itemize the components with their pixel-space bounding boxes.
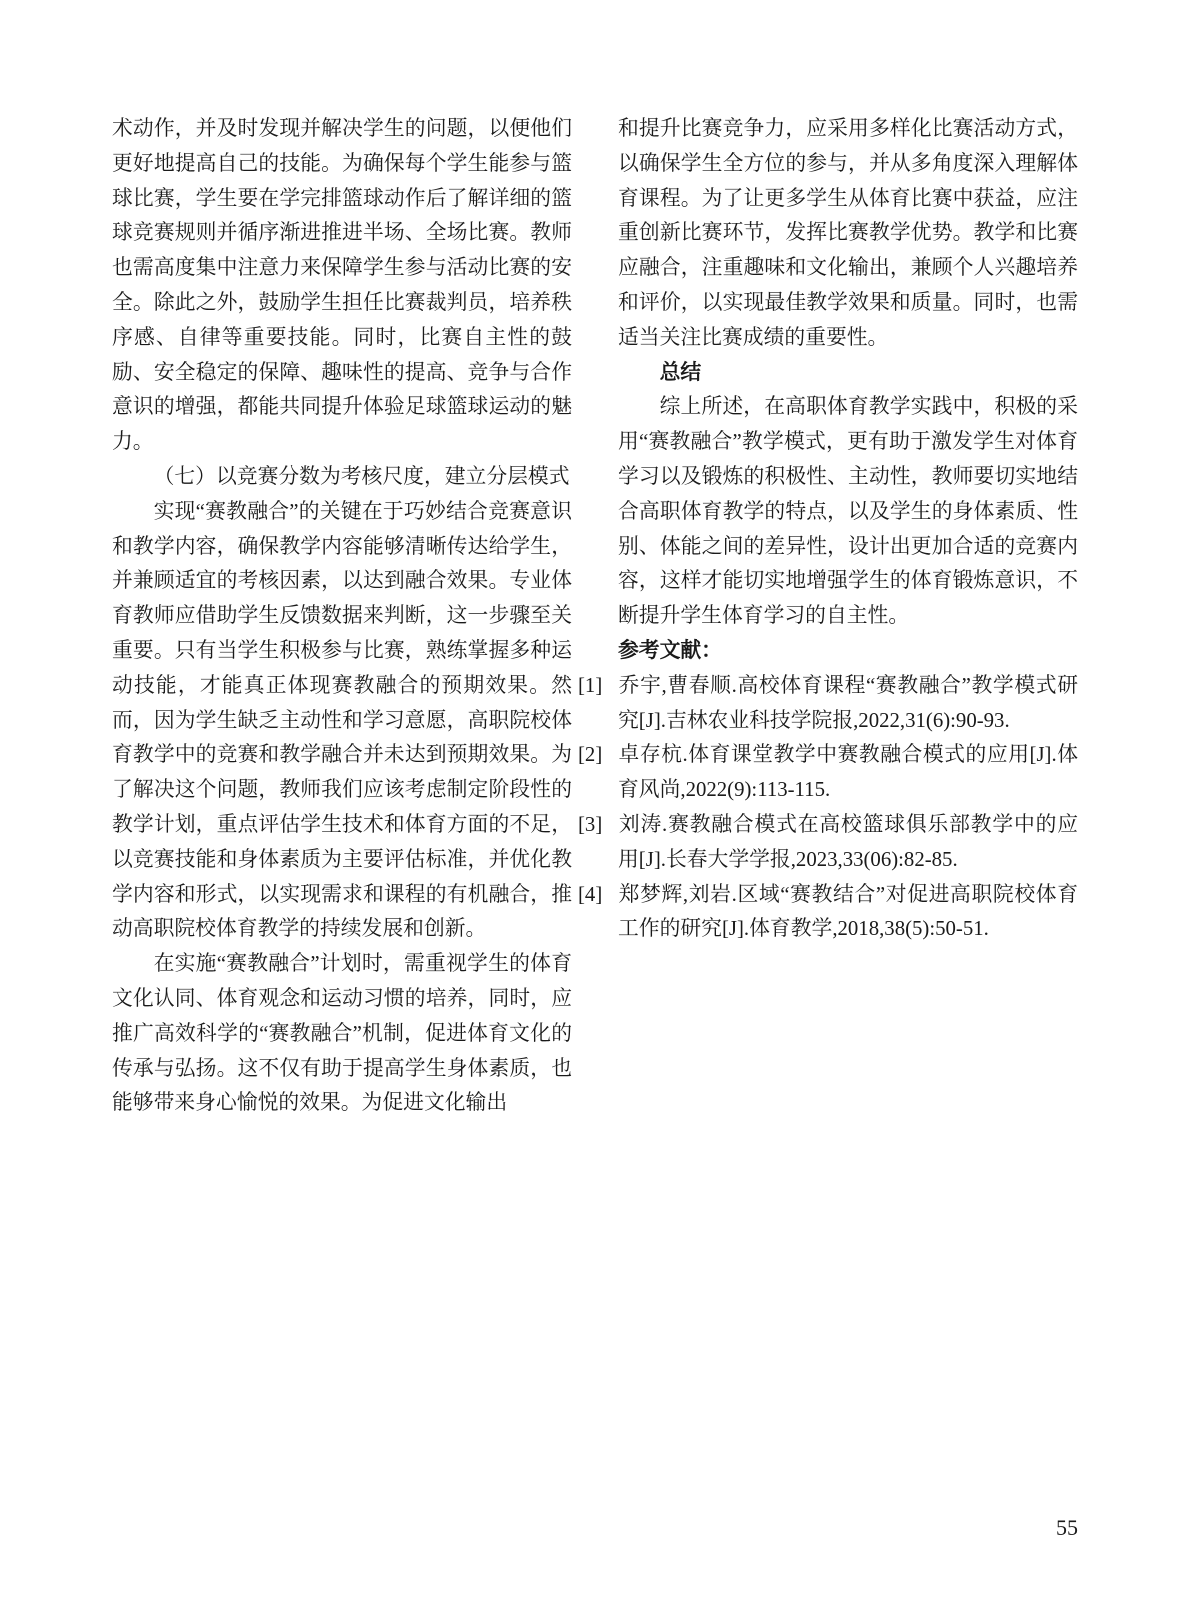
reference-marker: [4] xyxy=(578,878,618,913)
reference-marker: [2] xyxy=(578,738,618,773)
reference-text: 卓存杭.体育课堂教学中赛教融合模式的应用[J].体育风尚,2022(9):113… xyxy=(618,743,1078,801)
reference-text: 刘涛.赛教融合模式在高校篮球俱乐部教学中的应用[J].长春大学学报,2023,3… xyxy=(618,813,1078,871)
paragraph: 综上所述，在高职体育教学实践中，积极的采用“赛教融合”教学模式，更有助于激发学生… xyxy=(618,390,1078,634)
article-body: 术动作，并及时发现并解决学生的问题，以便他们更好地提高自己的技能。为确保每个学生… xyxy=(112,112,1078,1121)
references-heading: 参考文献： xyxy=(618,634,1078,669)
page-number: 55 xyxy=(1056,1513,1078,1543)
reference-marker: [1] xyxy=(578,669,618,704)
reference-item: [1]乔宇,曹春顺.高校体育课程“赛教融合”教学模式研究[J].吉林农业科技学院… xyxy=(618,669,1078,739)
reference-item: [2]卓存杭.体育课堂教学中赛教融合模式的应用[J].体育风尚,2022(9):… xyxy=(618,738,1078,808)
paragraph: 在实施“赛教融合”计划时，需重视学生的体育文化认同、体育观念和运动习惯的培养，同… xyxy=(112,947,572,1121)
reference-marker: [3] xyxy=(578,808,618,843)
paragraph: 和提升比赛竞争力，应采用多样化比赛活动方式，以确保学生全方位的参与，并从多角度深… xyxy=(618,112,1078,356)
paragraph: 实现“赛教融合”的关键在于巧妙结合竞赛意识和教学内容，确保教学内容能够清晰传达给… xyxy=(112,495,572,947)
reference-text: 郑梦辉,刘岩.区域“赛教结合”对促进高职院校体育工作的研究[J].体育教学,20… xyxy=(618,883,1078,941)
reference-text: 乔宇,曹春顺.高校体育课程“赛教融合”教学模式研究[J].吉林农业科技学院报,2… xyxy=(618,674,1078,732)
subsection-heading: （七）以竞赛分数为考核尺度，建立分层模式 xyxy=(112,460,572,495)
right-column: 和提升比赛竞争力，应采用多样化比赛活动方式，以确保学生全方位的参与，并从多角度深… xyxy=(618,112,1078,1121)
left-column: 术动作，并及时发现并解决学生的问题，以便他们更好地提高自己的技能。为确保每个学生… xyxy=(112,112,572,1121)
reference-item: [4]郑梦辉,刘岩.区域“赛教结合”对促进高职院校体育工作的研究[J].体育教学… xyxy=(618,878,1078,948)
summary-heading: 总结 xyxy=(618,356,1078,391)
reference-item: [3]刘涛.赛教融合模式在高校篮球俱乐部教学中的应用[J].长春大学学报,202… xyxy=(618,808,1078,878)
paragraph: 术动作，并及时发现并解决学生的问题，以便他们更好地提高自己的技能。为确保每个学生… xyxy=(112,112,572,460)
document-page: 术动作，并及时发现并解决学生的问题，以便他们更好地提高自己的技能。为确保每个学生… xyxy=(0,0,1191,1616)
